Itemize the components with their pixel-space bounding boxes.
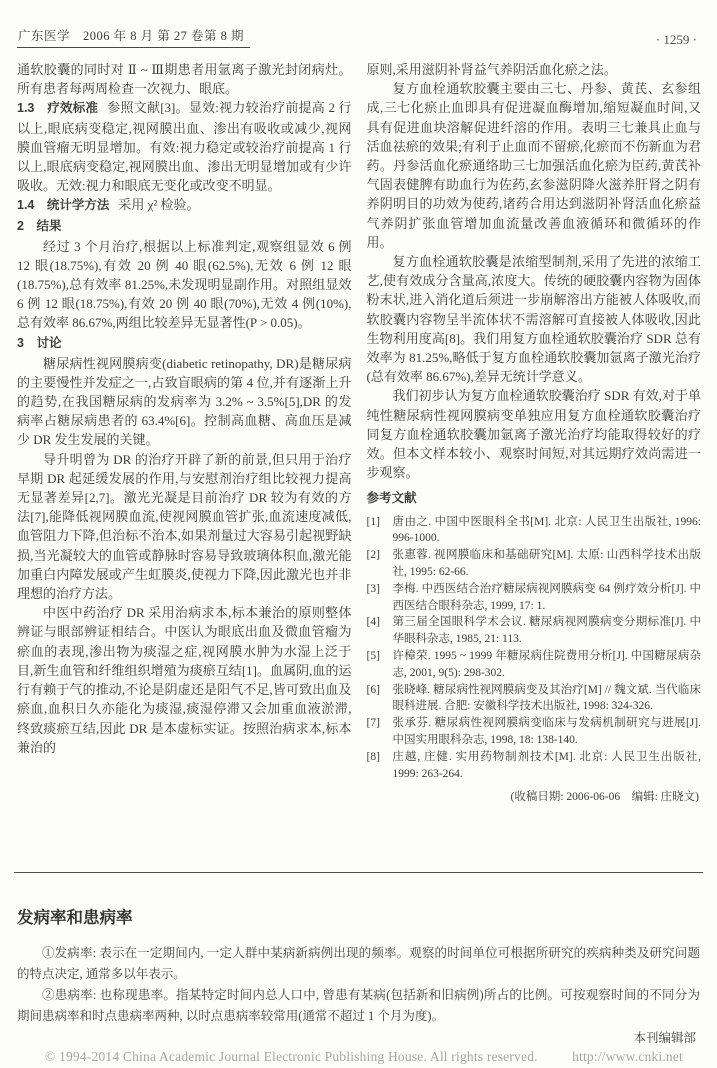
- references-heading: 参考文献: [367, 489, 702, 508]
- copyright-text: © 1994-2014 China Academic Journal Elect…: [45, 1049, 538, 1065]
- paragraph-continuation: 原则,采用滋阴补肾益气养阴活血化瘀之法。: [367, 60, 702, 79]
- discussion-paragraph: 复方血栓通软胶囊是浓缩型制剂,采用了先进的浓缩工艺,使有效成分含量高,浓度大。传…: [367, 252, 702, 386]
- page-number: · 1259 ·: [656, 32, 699, 48]
- section-text: 采用 χ² 检验。: [118, 197, 199, 212]
- left-column: 通软胶囊的同时对 Ⅱ ~ Ⅲ期患者用氩离子激光封闭病灶。所有患者每两周检查一次视…: [17, 60, 352, 808]
- editorial-signature: 本刊编辑部: [17, 1028, 700, 1046]
- reference-text: 张惠蓉. 视网膜临床和基础研究[M]. 太原: 山西科学技术出版社, 1995:…: [393, 547, 702, 581]
- reference-item: [5]许樟荣. 1995 ~ 1999 年糖尿病住院费用分析[J]. 中国糖尿病…: [367, 648, 702, 682]
- reference-item: [4]第三届全国眼科学术会议. 糖尿病视网膜病变分期标准[J]. 中华眼科杂志,…: [367, 614, 702, 648]
- reference-number: [3]: [367, 581, 393, 615]
- reference-text: 李梅. 中西医结合治疗糖尿病视网膜病变 64 例疗效分析[J]. 中西医结合眼科…: [393, 581, 702, 615]
- received-date-line: (收稿日期: 2006-06-06 编辑: 庄晓文): [367, 788, 702, 807]
- reference-number: [1]: [367, 514, 393, 548]
- reference-text: 张晓峰. 糖尿病性视网膜病变及其治疗[M] // 魏文斌. 当代临床眼科进展. …: [393, 682, 702, 716]
- results-paragraph: 经过 3 个月治疗,根据以上标准判定,观察组显效 6 例 12 眼(18.75%…: [17, 237, 352, 333]
- discussion-paragraph: 糖尿病性视网膜病变(diabetic retinopathy, DR)是糖尿病的…: [17, 354, 352, 450]
- reference-text: 唐由之. 中国中医眼科全书[M]. 北京: 人民卫生出版社, 1996: 996…: [393, 514, 702, 548]
- reference-item: [8]庄越, 庄健. 实用药物制剂技术[M]. 北京: 人民卫生出版社, 199…: [367, 749, 702, 783]
- section-statistics-method: 1.4 统计学方法采用 χ² 检验。: [17, 195, 352, 215]
- reference-item: [3]李梅. 中西医结合治疗糖尿病视网膜病变 64 例疗效分析[J]. 中西医结…: [367, 581, 702, 615]
- reference-number: [7]: [367, 715, 393, 749]
- reference-item: [2]张惠蓉. 视网膜临床和基础研究[M]. 太原: 山西科学技术出版社, 19…: [367, 547, 702, 581]
- section-heading-results: 2 结果: [17, 216, 352, 237]
- section-label: 1.3 疗效标准: [17, 101, 98, 115]
- section-heading-discussion: 3 讨论: [17, 333, 352, 354]
- reference-text: 张承芬. 糖尿病性视网膜病变临床与发病机制研究与进展[J]. 中国实用眼科杂志,…: [393, 715, 702, 749]
- discussion-paragraph: 复方血栓通软胶囊主要由三七、丹参、黄芪、玄参组成,三七化瘀止血即具有促进凝血酶增…: [367, 79, 702, 252]
- discussion-paragraph: 导升明曾为 DR 的治疗开辟了新的前景,但只用于治疗早期 DR 起延缓发展的作用…: [17, 450, 352, 604]
- right-column: 原则,采用滋阴补肾益气养阴活血化瘀之法。 复方血栓通软胶囊主要由三七、丹参、黄芪…: [367, 60, 702, 808]
- glossary-title: 发病率和患病率: [17, 904, 700, 928]
- paragraph-continuation: 通软胶囊的同时对 Ⅱ ~ Ⅲ期患者用氩离子激光封闭病灶。所有患者每两周检查一次视…: [17, 60, 352, 98]
- glossary-definition-incidence: ①发病率: 表示在一定期间内, 一定人群中某病新病例出现的频率。观察的时间单位可…: [17, 943, 700, 985]
- reference-item: [1]唐由之. 中国中医眼科全书[M]. 北京: 人民卫生出版社, 1996: …: [367, 514, 702, 548]
- discussion-paragraph: 中医中药治疗 DR 采用治病求本,标本兼治的原则整体辨证与眼部辨证相结合。中医认…: [17, 603, 352, 757]
- reference-item: [7]张承芬. 糖尿病性视网膜病变临床与发病机制研究与进展[J]. 中国实用眼科…: [367, 715, 702, 749]
- cnki-url: http://www.cnki.net: [572, 1049, 683, 1065]
- reference-text: 第三届全国眼科学术会议. 糖尿病视网膜病变分期标准[J]. 中华眼科杂志, 19…: [393, 614, 702, 648]
- reference-item: [6]张晓峰. 糖尿病性视网膜病变及其治疗[M] // 魏文斌. 当代临床眼科进…: [367, 682, 702, 716]
- reference-number: [6]: [367, 682, 393, 716]
- article-body: 通软胶囊的同时对 Ⅱ ~ Ⅲ期患者用氩离子激光封闭病灶。所有患者每两周检查一次视…: [0, 48, 717, 808]
- page-header: 广东医学 2006 年 8 月 第 27 卷第 8 期 · 1259 ·: [0, 0, 717, 48]
- section-efficacy-criteria: 1.3 疗效标准参照文献[3]。显效:视力较治疗前提高 2 行以上,眼底病变稳定…: [17, 98, 352, 195]
- reference-text: 庄越, 庄健. 实用药物制剂技术[M]. 北京: 人民卫生出版社, 1999: …: [393, 749, 702, 783]
- glossary-definition-prevalence: ②患病率: 也称现患率。指某特定时间内总人口中, 曾患有某病(包括新和旧病例)所…: [17, 985, 700, 1027]
- journal-masthead: 广东医学 2006 年 8 月 第 27 卷第 8 期: [17, 26, 250, 48]
- section-label: 1.4 统计学方法: [17, 198, 109, 212]
- journal-page: 广东医学 2006 年 8 月 第 27 卷第 8 期 · 1259 · 通软胶…: [0, 0, 717, 1068]
- reference-number: [4]: [367, 614, 393, 648]
- cnki-watermark: © 1994-2014 China Academic Journal Elect…: [17, 1049, 700, 1065]
- glossary-content: 发病率和患病率 ①发病率: 表示在一定期间内, 一定人群中某病新病例出现的频率。…: [0, 873, 717, 1065]
- reference-number: [5]: [367, 648, 393, 682]
- discussion-paragraph: 我们初步认为复方血栓通软胶囊治疗 SDR 有效,对于单纯性糖尿病性视网膜病变单独…: [367, 386, 702, 482]
- glossary-section: 发病率和患病率 ①发病率: 表示在一定期间内, 一定人群中某病新病例出现的频率。…: [0, 872, 717, 1068]
- reference-number: [2]: [367, 547, 393, 581]
- reference-number: [8]: [367, 749, 393, 783]
- reference-text: 许樟荣. 1995 ~ 1999 年糖尿病住院费用分析[J]. 中国糖尿病杂志,…: [393, 648, 702, 682]
